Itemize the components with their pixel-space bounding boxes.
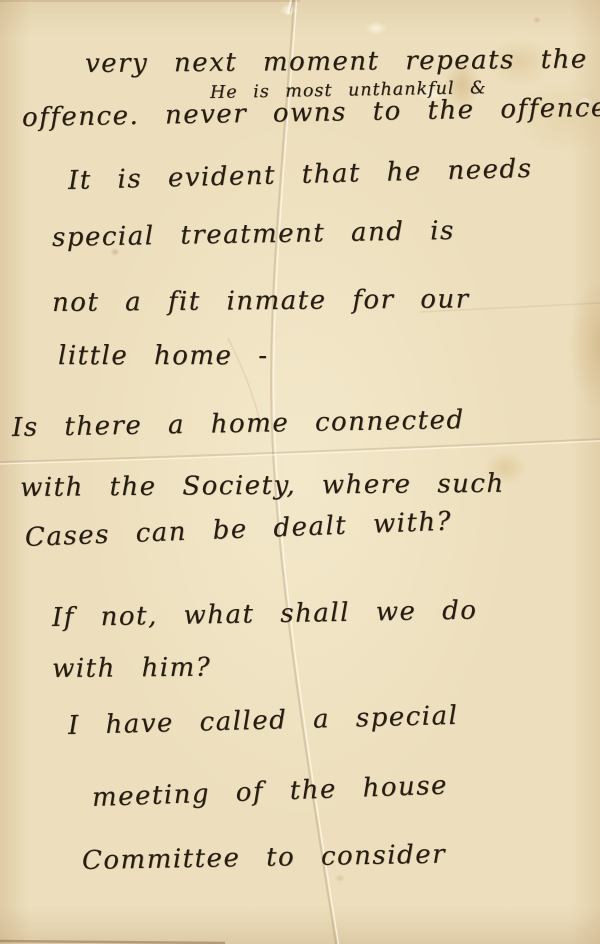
handwritten-line: with him?	[52, 654, 211, 684]
bottom-edge-shadow	[0, 941, 225, 943]
handwritten-line: not a fit inmate for our	[52, 285, 470, 317]
fold-crease-horizontal	[0, 439, 600, 462]
paper-tear	[288, 0, 291, 14]
handwritten-line: very next moment repeats the	[85, 46, 588, 79]
handwritten-line: with the Society, where such	[20, 470, 505, 503]
handwritten-line: little home -	[58, 342, 268, 371]
letter-page: very next moment repeats the He is most …	[0, 0, 600, 944]
handwritten-line: Committee to consider	[82, 841, 447, 876]
